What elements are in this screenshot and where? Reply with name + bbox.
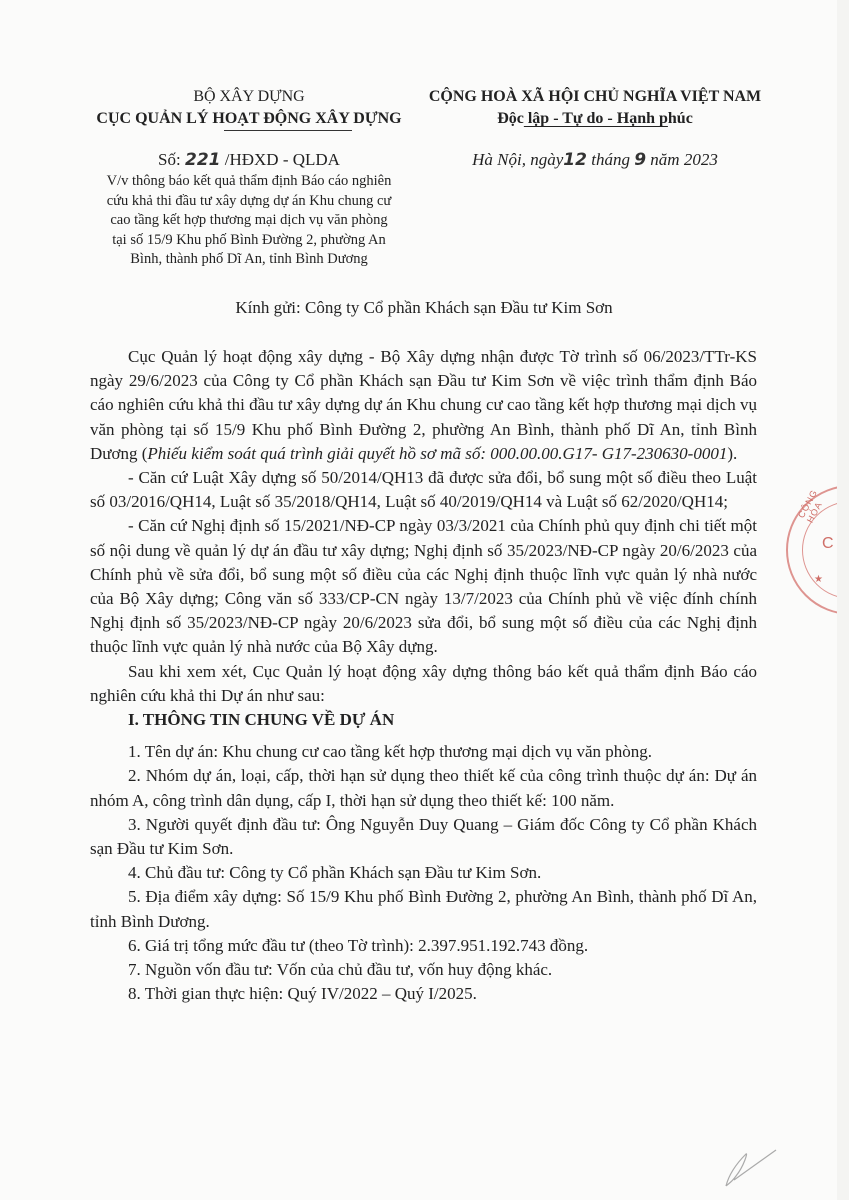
info-item-3: 3. Người quyết định đầu tư: Ông Nguyễn D…: [90, 813, 757, 861]
section-heading: I. THÔNG TIN CHUNG VỀ DỰ ÁN: [90, 708, 757, 732]
country-name: CỘNG HOÀ XÃ HỘI CHỦ NGHĨA VIỆT NAM: [405, 86, 785, 108]
date-line: Hà Nội, ngày12 tháng 9 năm 2023: [405, 150, 785, 170]
info-item-5: 5. Địa điểm xây dựng: Số 15/9 Khu phố Bì…: [90, 885, 757, 933]
handwritten-month: 9: [634, 150, 646, 170]
document-number: Số: 221 /HĐXD - QLDA: [84, 150, 414, 170]
subject-summary: V/v thông báo kết quả thẩm định Báo cáo …: [84, 172, 414, 270]
document-body: Cục Quản lý hoạt động xây dựng - Bộ Xây …: [90, 345, 757, 1006]
handwritten-day: 12: [563, 150, 587, 170]
stamp-star-icon: ★: [814, 574, 823, 585]
info-item-4: 4. Chủ đầu tư: Công ty Cổ phần Khách sạn…: [90, 861, 757, 885]
legal-basis-1: - Căn cứ Luật Xây dựng số 50/2014/QH13 đ…: [90, 466, 757, 514]
agency-underline: [224, 130, 352, 131]
legal-basis-2: - Căn cứ Nghị định số 15/2021/NĐ-CP ngày…: [90, 514, 757, 659]
national-header: CỘNG HOÀ XÃ HỘI CHỦ NGHĨA VIỆT NAM Độc l…: [405, 86, 785, 130]
issuing-authority: BỘ XÂY DỰNG CỤC QUẢN LÝ HOẠT ĐỘNG XÂY DỰ…: [84, 86, 414, 131]
info-item-8: 8. Thời gian thực hiện: Quý IV/2022 – Qu…: [90, 982, 757, 1006]
initials-signature-icon: [720, 1140, 780, 1190]
scan-edge: [837, 0, 849, 1200]
info-item-1: 1. Tên dự án: Khu chung cư cao tầng kết …: [90, 740, 757, 764]
handwritten-number: 221: [185, 150, 221, 170]
info-item-2: 2. Nhóm dự án, loại, cấp, thời hạn sử dụ…: [90, 764, 757, 812]
agency-name: CỤC QUẢN LÝ HOẠT ĐỘNG XÂY DỰNG: [84, 108, 414, 130]
salutation: Kính gửi: Công ty Cổ phần Khách sạn Đầu …: [84, 298, 764, 318]
document-page: BỘ XÂY DỰNG CỤC QUẢN LÝ HOẠT ĐỘNG XÂY DỰ…: [0, 0, 849, 1200]
info-item-7: 7. Nguồn vốn đầu tư: Vốn của chủ đầu tư,…: [90, 958, 757, 982]
national-motto: Độc lập - Tự do - Hạnh phúc: [405, 108, 785, 130]
ministry-name: BỘ XÂY DỰNG: [84, 86, 414, 108]
intro-paragraph: Cục Quản lý hoạt động xây dựng - Bộ Xây …: [90, 345, 757, 466]
info-item-6: 6. Giá trị tổng mức đầu tư (theo Tờ trìn…: [90, 934, 757, 958]
stamp-letter: C: [822, 535, 834, 553]
conclusion-intro: Sau khi xem xét, Cục Quản lý hoạt động x…: [90, 660, 757, 708]
